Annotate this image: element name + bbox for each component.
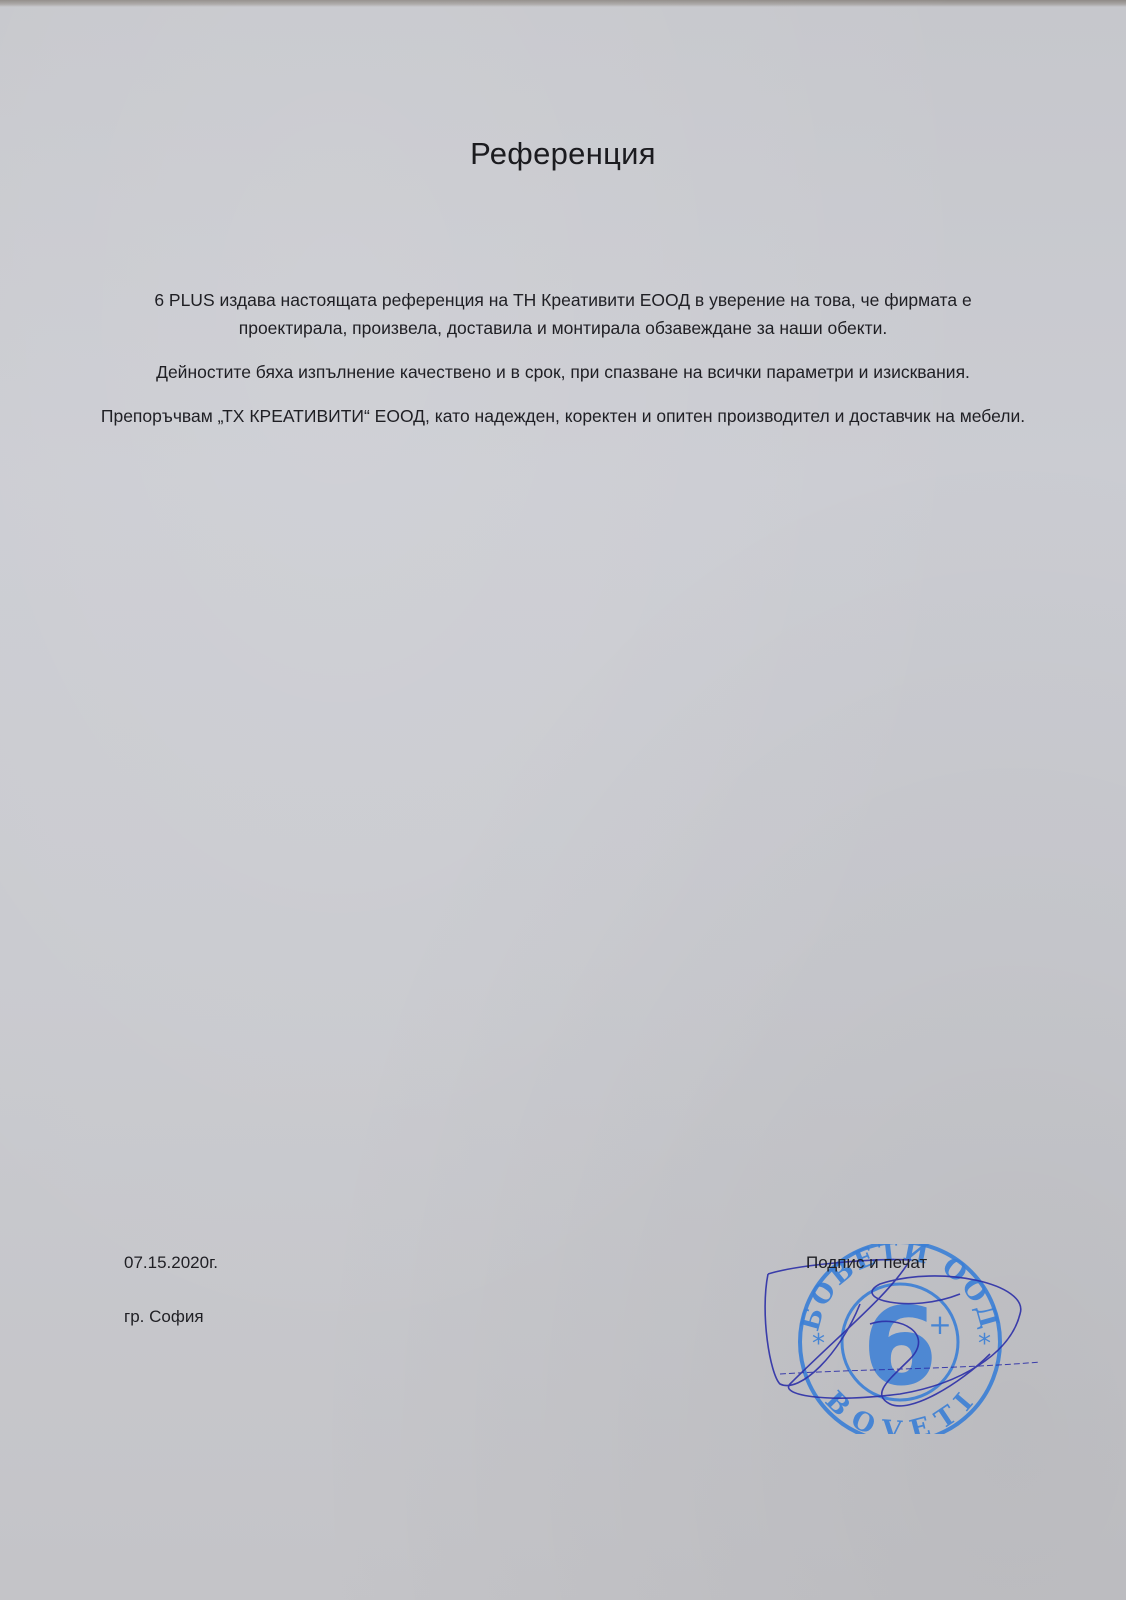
paragraph-recommendation: Препоръчвам „ТХ КРЕАТИВИТИ“ ЕООД, като н… <box>100 402 1026 430</box>
paper-top-edge <box>0 0 1126 7</box>
paragraph-quality: Дейностите бяха изпълнение качествено и … <box>100 358 1026 386</box>
document-body: 6 PLUS издава настоящата референция на Т… <box>100 286 1026 446</box>
paragraph-intro: 6 PLUS издава настоящата референция на Т… <box>100 286 1026 342</box>
document-date: 07.15.2020г. <box>124 1253 218 1273</box>
svg-text:+: + <box>928 1308 951 1341</box>
svg-text:*: * <box>812 1329 825 1359</box>
document-city: гр. София <box>124 1307 218 1327</box>
date-place-block: 07.15.2020г. гр. София <box>124 1253 218 1361</box>
signature-label: Подпис и печат <box>806 1253 927 1273</box>
document-title: Референция <box>0 136 1126 172</box>
